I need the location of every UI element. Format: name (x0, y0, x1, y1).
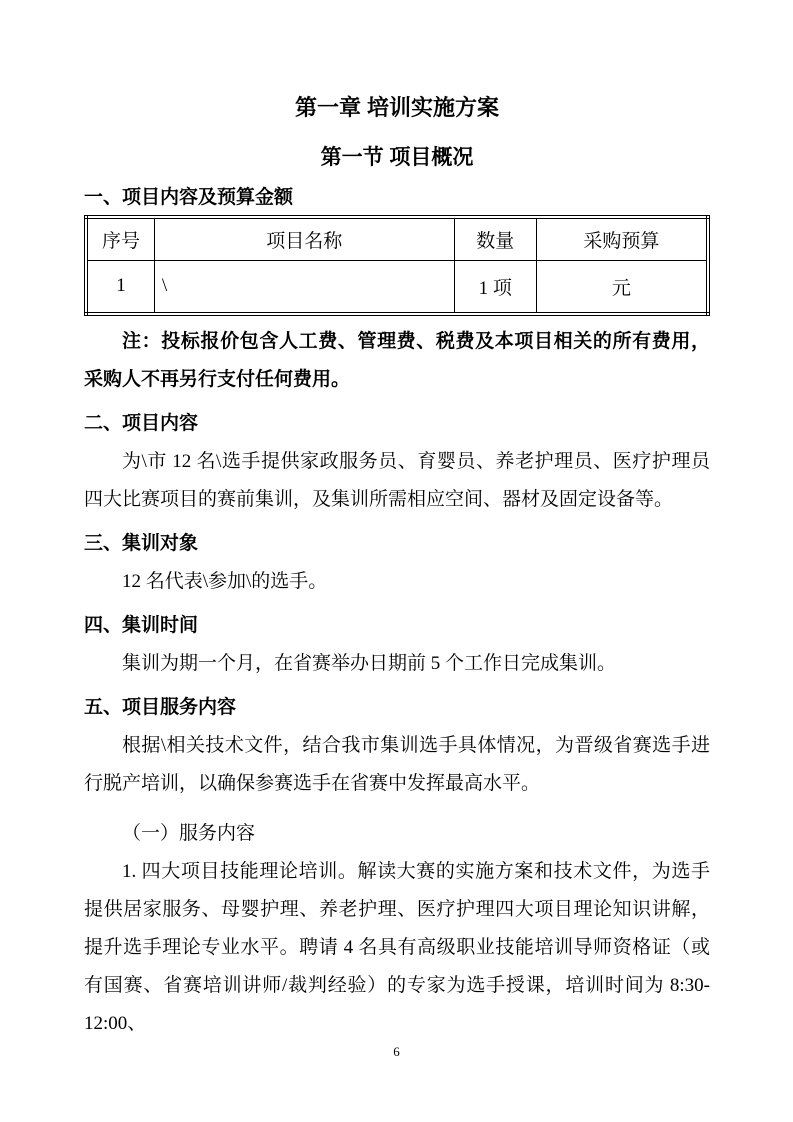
bid-price-note: 注：投标报价包含人工费、管理费、税费及本项目相关的所有费用，采购人不再另行支付任… (84, 323, 710, 399)
paragraph-theory-training: 1. 四大项目技能理论培训。解读大赛的实施方案和技术文件，为选手提供居家服务、母… (84, 853, 710, 1043)
paragraph-training-time: 集训为期一个月，在省赛举办日期前 5 个工作日完成集训。 (84, 645, 710, 683)
section-title: 第一节 项目概况 (84, 144, 710, 172)
column-header-quantity: 数量 (454, 217, 536, 260)
paragraph-training-target: 12 名代表\参加\的选手。 (84, 563, 710, 601)
chapter-title: 第一章 培训实施方案 (84, 94, 710, 122)
heading-service-content: 五、项目服务内容 (84, 689, 710, 727)
heading-training-target: 三、集训对象 (84, 525, 710, 563)
budget-table: 序号 项目名称 数量 采购预算 1 \ 1 项 元 (84, 215, 710, 316)
table-row: 1 \ 1 项 元 (86, 260, 708, 314)
paragraph-service-overview: 根据\相关技术文件，结合我市集训选手具体情况，为晋级省赛选手进行脱产培训，以确保… (84, 727, 710, 803)
column-header-budget: 采购预算 (536, 217, 708, 260)
column-header-index: 序号 (86, 217, 154, 260)
document-content: 第一章 培训实施方案 第一节 项目概况 一、项目内容及预算金额 序号 项目名称 … (84, 94, 710, 1043)
document-page: 第一章 培训实施方案 第一节 项目概况 一、项目内容及预算金额 序号 项目名称 … (0, 0, 793, 1122)
sub-heading-service-content: （一）服务内容 (84, 815, 710, 853)
heading-project-content: 二、项目内容 (84, 405, 710, 443)
table-header-row: 序号 项目名称 数量 采购预算 (86, 217, 708, 260)
cell-project-name: \ (154, 260, 454, 314)
cell-budget: 元 (536, 260, 708, 314)
heading-training-time: 四、集训时间 (84, 607, 710, 645)
cell-index: 1 (86, 260, 154, 314)
page-number: 6 (0, 1044, 793, 1060)
cell-quantity: 1 项 (454, 260, 536, 314)
paragraph-project-content: 为\市 12 名\选手提供家政服务员、育婴员、养老护理员、医疗护理员四大比赛项目… (84, 443, 710, 519)
heading-project-content-budget: 一、项目内容及预算金额 (84, 186, 710, 210)
column-header-project-name: 项目名称 (154, 217, 454, 260)
